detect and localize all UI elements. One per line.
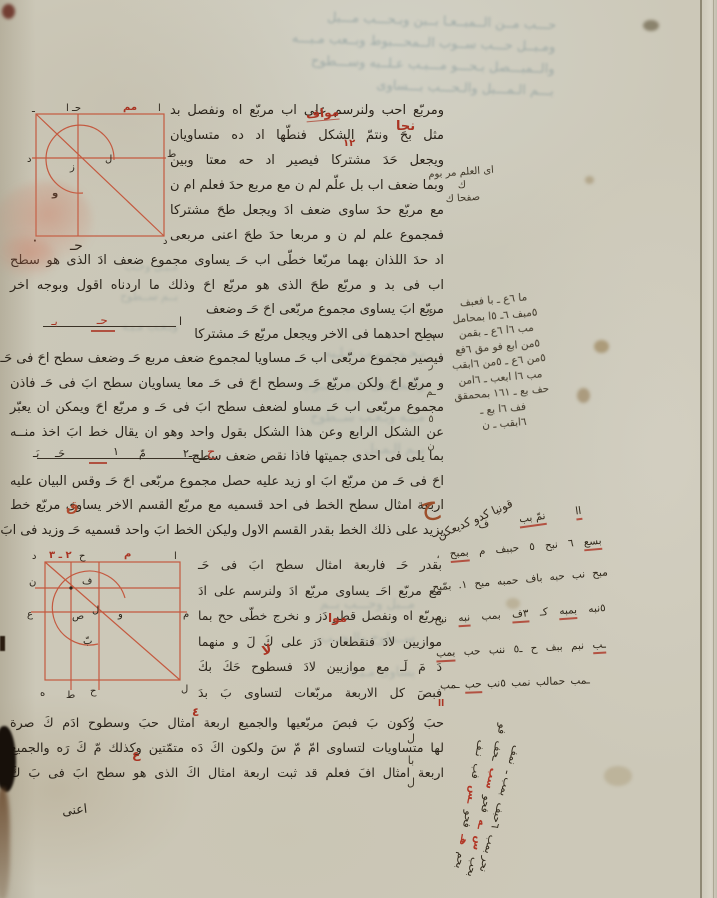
dark-speck-top-right [643,20,659,31]
annotation-segment: بمب [481,609,501,625]
figure-label: ١ [113,445,119,458]
annotation-segment: حمبه [497,574,519,588]
margin-tick: ٦ـ [424,325,438,352]
annotation-segment: سب [483,767,499,790]
annotation-segment: بمب ـ [497,770,515,798]
annotation-segment: كـ [539,606,548,622]
faint-stain [585,176,594,184]
red-mark-mua: موا [328,611,347,625]
manuscript-page: حـــب مــن الــمبــعـا بــبن وبـحـــب مـ… [0,0,717,898]
text-line: يزيد على ذلك الخط بقدر القسم الاول وليكن… [10,519,444,544]
text-line: بقدر حَـ فاربعة امثال سطح ابَ فى حَـ [198,552,442,578]
annotation-segment: نبم [571,640,585,656]
annotation-segment: حمالب [536,675,566,691]
text-block-d: حبَ وكون بَ فبصَ مربّعيها والجميع اربعة … [10,710,444,785]
annotation-segment: ـس [464,785,479,805]
margin-tick-column-2: رلبال [403,706,419,794]
diagram1-label: د [27,154,31,165]
annotation-segment: ننب [488,644,505,660]
margin-tick: ـم [424,379,438,406]
inline-line-figure-2: بَـ حَـ ١ مّ ـ٢ ح [33,449,233,465]
annotation-segment: حب [463,645,481,661]
text-line: ويجعل حَدَ مشتركا فيصير اد حه معتا وبين [170,148,444,173]
annotation-segment: نب [571,568,585,581]
annotation-segment: ٥نبه [588,602,606,618]
diagram1-label: ـ [31,104,36,115]
annotation-segment: ١. [458,579,468,592]
fore-edge-strip [702,0,717,898]
diagram1-label: · [33,236,37,247]
geometric-diagram-2: د ٢ ـ ٣ ح م ا ن ع ف ص ل و م بّ ه ط ح ل [27,548,193,700]
annotation-segment: مبح [474,577,491,590]
annotation-segment: ح [530,642,538,657]
diagram2-label: ا [174,551,177,562]
diagram2-label: م [183,609,189,620]
red-mark-twelve: ١٢ [343,138,355,149]
diagram2-label: د [32,551,36,562]
annotation-segment: ٥ [529,541,536,556]
diagram2-label: ح [90,686,97,697]
diagram2-label: ع [27,609,33,620]
faint-stain [604,766,632,786]
diagram2-label: ل [181,684,188,695]
annotation-segment: فحو [460,810,475,829]
red-mark-aa: اا [438,699,444,709]
text-line: عن الشكل الرابع وعن هذا الشكل بقول واحد … [10,421,444,446]
text-line: موازيين لادَ فنقطعان دَز على كَ لَ و منه… [198,629,442,655]
diagram2-label: ن [29,577,36,588]
margin-tick: ل [403,728,419,750]
annotation-segment: فو [495,723,509,736]
figure-label: ـ٢ [183,447,192,460]
margin-tick-column: ء٦ـرـم٥ن [424,298,438,460]
text-line: فبصَ كل الاربعة مربّعات لتساوى بَ بدَ [198,680,442,706]
margin-tick: ٥ [424,406,438,433]
annotation-segment: بمّبح [432,580,452,594]
figure-label-red: حـ [97,313,108,327]
annotation-segment: ـه [475,818,489,830]
annotation-row: ـمبحمالبنمب٥نبحبـمب [440,674,590,694]
annotation-segment: ـمب [570,674,590,690]
text-line: مع مربّع احَـ يساوى مربّع ادَ ولنرسم على… [198,578,442,604]
text-line: اربعة امثال افَ فعلم قد ثبت اربعة امثال … [10,760,444,785]
text-line: فيصير مجموع مربّعى اب حَـ مساويا لمجموع … [10,347,444,372]
annotation-segment: بمبح [449,546,469,563]
diagram2-label: ص [72,611,84,622]
figure-label: مّ [139,447,146,460]
text-line: وبما ضعف اب بل علّم لم ن مع مربع حدَ فعل… [170,173,444,198]
margin-tick: ل [403,772,419,794]
diagram2-label: ل [92,605,99,616]
red-mark-muwaf: مواف [305,105,339,123]
figure-label: حَـ [55,447,65,460]
annotation-segment: نبح [544,539,558,555]
margin-gloss-cursive: ما ٦ع ـ با فعبف٥مبف ٦ـ ٥ا بمحاملمب ٦ا ٦ع… [414,286,584,439]
text-line: حبَ وكون بَ فبصَ مربّعيها والجميع اربعة … [10,710,444,735]
geometric-diagram-1: ـ حـ ا مم ا د ز ل ط و حـ د · [26,96,178,252]
diagram1-arc [46,125,114,193]
text-line: احَ فى حَـ من مربّع ابَ او زيد عليه حصل … [10,470,444,495]
diagram1-label: ز [69,162,75,173]
diagram2-label-red: ٢ ـ ٣ [49,550,72,561]
figure-label: بَـ [33,447,39,460]
red-mark-ain: ع [132,747,140,761]
figure-red-underline [91,330,115,332]
margin-tick: ن [424,433,438,460]
diagram2-point [69,586,72,589]
annotation-row: مبحنبحبهبافحمبهمبح١.بمّبح [432,566,608,593]
annotation-segment: بحب [464,856,480,878]
annotation-segment: ف [477,518,490,534]
red-mark-qaf: ق [66,499,79,515]
annotation-segment: بمبه [559,604,578,620]
margin-tick: ر [424,352,438,379]
margin-tick: با [403,750,419,772]
annotation-segment: ببف [545,641,563,657]
figure-label: ا [179,315,182,328]
binding-dark-tick [0,636,5,651]
annotation-segment: مبح [592,566,609,579]
red-mark-naha: نحا [396,119,415,134]
text-line: اب فى بد و مربّع طحَ الذى هو مربّع احَ و… [10,274,444,299]
annotation-segment: ٥نب [487,677,506,693]
figure-label-red: ح [207,445,215,460]
annotation-row: ـبنبمببفحـ٥ننبحببمب [436,639,607,663]
corner-mark [2,4,15,19]
fore-edge-line [713,0,714,898]
text-line: دَ مَ لَـ مع موازيين لادَ فسطوح حَكَ بكَ [198,654,442,680]
figure-red-underline [89,462,107,464]
diagram2-label-red: م [124,549,131,560]
annotation-segment: ـمب [440,679,460,695]
diagram2-label: ح [79,551,86,562]
diagram1-label: و [51,188,58,199]
margin-tick: ر [403,706,419,728]
text-line: و مربّع احَ ولكن مربّع حَـ وسطح احَ فى ح… [10,372,444,397]
annotation-segment: نبح [434,613,448,629]
diagram2-label: ه [40,688,45,699]
text-block-c: بقدر حَـ فاربعة امثال سطح ابَ فى حَـ مع … [198,552,442,706]
annotation-segment: ـحف [489,740,505,763]
annotation-segment: ٣ف [512,607,530,623]
diagram2-label: بّ [83,636,92,647]
diagram2-label: و [117,609,123,620]
text-line: مربّع اه ونفصل قطر دَز و نخرج خطّى حح بم… [198,603,442,629]
annotation-segment: نـف [472,739,487,758]
diagram2-label: ف [82,576,92,587]
figure-label-red: بـ [51,315,57,328]
annotation-row: ٥نبهبمبهكـ٣فبمبنبهنبح [434,602,607,629]
red-mark-four: ٤ [192,705,199,719]
figure-line [43,326,177,327]
catchword: اعنى [61,801,88,819]
margin-tick: ء [424,298,438,325]
diagram1-label: د [163,236,167,247]
text-line: لها متساويات لتساوى امّ مّ سَ ولكون اكَ … [10,735,444,760]
annotation-segment: فب [469,763,483,780]
annotation-segment: نمف [505,744,522,766]
annotation-segment: ٦ [567,537,574,552]
annotation-segment: ، [436,549,441,564]
brown-stain-dot [594,340,609,353]
annotation-segment: اا [575,505,583,521]
annotation-segment: بسع [583,535,602,552]
diagram1-label: حـ ا [66,103,81,114]
annotation-segment: حب [465,678,482,694]
binding-brown-streak [0,788,10,898]
diagram2-label: ط [66,690,75,700]
annotation-segment: نمّ بب [518,510,546,529]
text-line: مع مربّع حدَ ساوى ضعف ادَ ويجعل طحَ مشتر… [170,198,444,223]
diagram1-label: ل [105,154,112,165]
diagram1-label: ا [158,103,161,114]
annotation-segment: بمب [436,646,456,662]
text-line: فمجموع علم لم ن و مربعا حدَ طحَ اعنى مرب… [170,223,444,248]
annotation-segment: ـ٥ [513,643,522,658]
annotation-segment: باف [525,572,543,585]
annotation-row: بسع٦نبح٥حببفمبمبح، [436,535,603,564]
text-line: اد حدَ اللذان بهما مربّعا خطّى اب حَـ يس… [10,249,444,274]
annotation-segment: ـب [592,639,606,655]
inline-line-figure-1: بـ حـ ا [40,317,182,333]
text-line: مجموع مربّعى اب حَـ مساو لضعف سطح ابَ فى… [10,396,444,421]
annotation-segment: حبه [549,570,565,583]
bleedthrough-top: حـــب مــن الــمبــعـا بــبن وبـحـــب مـ… [144,1,557,103]
annotation-segment: فحو [478,795,493,814]
margin-note-small: اى العلم مر بوم ك صفحا ك [423,163,502,207]
annotation-segment: هـ [457,833,471,846]
diagram1-label-red: مم [123,102,137,113]
annotation-segment: م [478,545,486,561]
annotation-segment: حببف [495,542,520,559]
annotation-segment: نبه [458,612,471,628]
